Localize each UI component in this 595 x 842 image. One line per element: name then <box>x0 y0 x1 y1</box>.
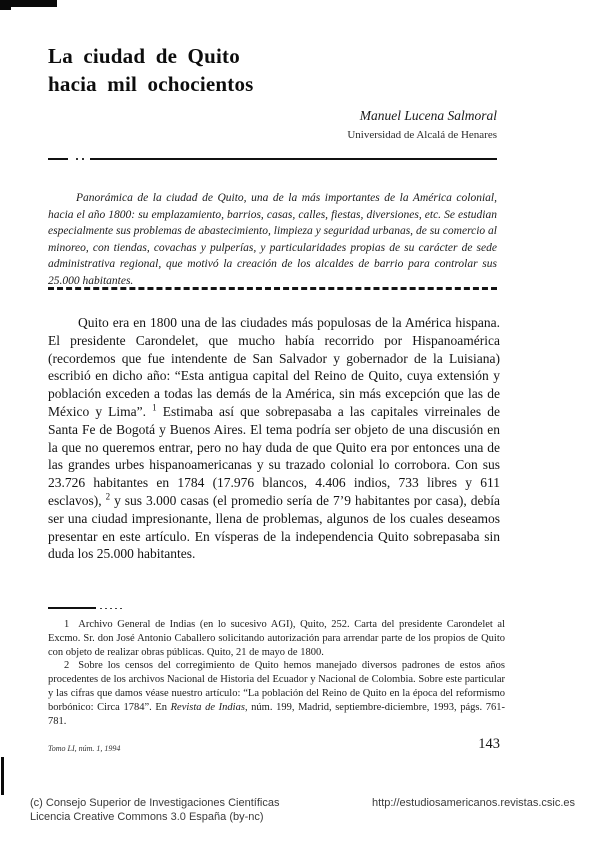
byline: Manuel Lucena Salmoral Universidad de Al… <box>48 108 497 141</box>
header-rule <box>90 158 497 160</box>
license-line2: Licencia Creative Commons 3.0 España (by… <box>30 811 279 825</box>
footnotes-block: 1Archivo General de Indias (en lo sucesi… <box>48 618 505 728</box>
abstract-rule <box>48 287 497 290</box>
footnote-2: 2Sobre los censos del corregimiento de Q… <box>48 659 505 728</box>
repository-url-link[interactable]: http://estudiosamericanos.revistas.csic.… <box>372 797 575 811</box>
page-number: 143 <box>478 736 500 753</box>
body-segment-3: y sus 3.000 casas (el promedio sería de … <box>48 493 500 561</box>
body-block: Quito era en 1800 una de las ciudades má… <box>48 314 500 563</box>
article-title: La ciudad de Quito hacia mil ochocientos <box>48 42 508 98</box>
footnote-2-journal-title: Revista de Indias <box>171 702 245 713</box>
abstract-block: Panorámica de la ciudad de Quito, una de… <box>48 190 497 290</box>
journal-reference: Tomo LI, núm. 1, 1994 <box>48 744 120 753</box>
page-footer: Tomo LI, núm. 1, 1994 143 <box>48 736 500 753</box>
scan-artifact-left-edge <box>1 757 4 795</box>
header-rule-segment <box>48 158 68 160</box>
footnote-rule-dots <box>100 608 122 609</box>
footnote-2-number: 2 <box>64 660 69 671</box>
author-name: Manuel Lucena Salmoral <box>48 108 497 124</box>
footnote-1-number: 1 <box>64 619 69 630</box>
article-title-line2: hacia mil ochocientos <box>48 70 508 98</box>
header-rule-dots <box>76 158 88 160</box>
license-text: (c) Consejo Superior de Investigaciones … <box>30 797 279 824</box>
license-line1: (c) Consejo Superior de Investigaciones … <box>30 797 279 811</box>
footnote-1-text: Archivo General de Indias (en lo sucesiv… <box>48 619 505 658</box>
article-title-line1: La ciudad de Quito <box>48 42 508 70</box>
footnote-1: 1Archivo General de Indias (en lo sucesi… <box>48 618 505 659</box>
scan-artifact-top-left <box>0 0 57 7</box>
abstract-text: Panorámica de la ciudad de Quito, una de… <box>48 190 497 290</box>
license-stamp: (c) Consejo Superior de Investigaciones … <box>30 797 575 824</box>
author-affiliation: Universidad de Alcalá de Henares <box>48 129 497 141</box>
body-paragraph: Quito era en 1800 una de las ciudades má… <box>48 314 500 563</box>
footnote-rule <box>48 607 96 609</box>
scan-artifact-top-left-notch <box>0 7 11 10</box>
